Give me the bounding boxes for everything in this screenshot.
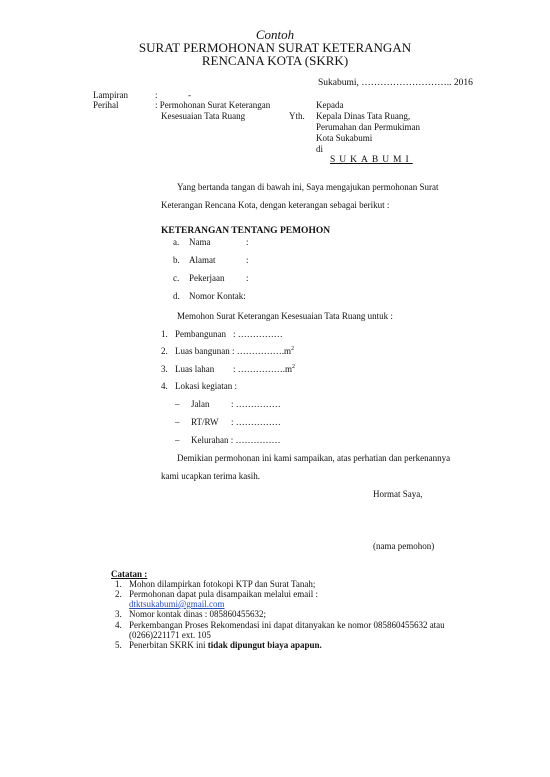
yth-label: Yth. — [289, 111, 305, 122]
note-emphasis: tidak dipungut biaya apapun. — [208, 640, 322, 650]
note-text: Perkembangan Proses Rekomendasi ini dapa… — [129, 620, 445, 630]
signer-name: (nama pemohon) — [373, 541, 434, 551]
note-key: 1. — [115, 579, 129, 589]
note-item: 5.Penerbitan SKRK ini tidak dipungut bia… — [115, 640, 322, 650]
applicant-field-pekerjaan: c.Pekerjaan: — [173, 273, 249, 283]
location-rt-rw: –RT/RW: …………… — [175, 417, 281, 427]
note-key: 5. — [115, 640, 129, 650]
dash-bullet: – — [175, 435, 191, 445]
item-unit-exponent: 2 — [292, 364, 295, 370]
field-key: d. — [173, 291, 189, 301]
request-intro: Memohon Surat Keterangan Kesesuaian Tata… — [177, 311, 393, 321]
perihal-label: Perihal — [93, 100, 119, 111]
item-value: : …………….m — [232, 346, 291, 356]
note-key: 3. — [115, 609, 129, 619]
closing-line-1: Demikian permohonan ini kami sampaikan, … — [177, 453, 450, 463]
notes-heading: Catatan : — [111, 569, 147, 579]
note-item: 4.Perkembangan Proses Rekomendasi ini da… — [115, 620, 445, 630]
field-key: a. — [173, 237, 189, 247]
item-label: Luas bangunan — [175, 346, 230, 356]
field-key: c. — [173, 273, 189, 283]
intro-line-1: Yang bertanda tangan di bawah ini, Saya … — [177, 182, 439, 192]
field-label: Pekerjaan — [189, 273, 246, 283]
note-text: Mohon dilampirkan fotokopi KTP dan Surat… — [129, 579, 315, 589]
note-key: 4. — [115, 620, 129, 630]
document-title-line-2: RENCANA KOTA (SKRK) — [0, 53, 550, 69]
location-label: Jalan — [191, 399, 231, 409]
applicant-field-alamat: b.Alamat: — [173, 255, 249, 265]
location-jalan: –Jalan: …………… — [175, 399, 281, 409]
dash-bullet: – — [175, 399, 191, 409]
item-key: 4. — [161, 381, 175, 391]
field-separator: : — [243, 291, 246, 301]
location-value: : …………… — [231, 399, 281, 409]
item-unit-exponent: 2 — [291, 346, 294, 352]
applicant-heading: KETERANGAN TENTANG PEMOHON — [161, 226, 330, 236]
note-text: Nomor kontak dinas : 085860455632; — [129, 609, 266, 619]
recipient-line: Perumahan dan Permukiman — [316, 122, 420, 133]
item-label: Luas lahan — [175, 364, 233, 374]
recipient-line: Kota Sukabumi — [316, 133, 372, 144]
note-text: Permohonan dapat pula disampaikan melalu… — [129, 589, 318, 599]
item-label: Pembangunan — [175, 329, 233, 339]
location-label: RT/RW — [191, 417, 231, 427]
intro-line-2: Keterangan Rencana Kota, dengan keterang… — [161, 200, 389, 210]
item-key: 1. — [161, 329, 175, 339]
field-label: Nama — [189, 237, 246, 247]
field-label: Nomor Kontak — [189, 291, 243, 301]
closing-line-2: kami ucapkan terima kasih. — [161, 471, 260, 481]
location-value: : …………… — [231, 417, 281, 427]
location-kelurahan: –Kelurahan : …………… — [175, 435, 281, 445]
date-line: Sukabumi, ……………………….. 2016 — [318, 78, 473, 88]
perihal-value-line-1: : Permohonan Surat Keterangan — [155, 100, 270, 111]
note-key: 2. — [115, 589, 129, 599]
item-key: 3. — [161, 364, 175, 374]
note-item: 3.Nomor kontak dinas : 085860455632; — [115, 609, 266, 619]
field-separator: : — [246, 237, 249, 247]
request-item-luas-bangunan: 2.Luas bangunan : …………….m2 — [161, 346, 294, 356]
recipient-city: SUKABUMI — [330, 155, 413, 165]
field-label: Alamat — [189, 255, 246, 265]
field-separator: : — [246, 273, 249, 283]
item-value: : …………….m — [233, 364, 292, 374]
location-label: Kelurahan — [191, 435, 228, 445]
item-value: : …………… — [233, 329, 283, 339]
recipient-line: di — [316, 144, 323, 155]
note-continuation: (0266)221171 ext. 105 — [129, 630, 211, 640]
request-item-pembangunan: 1.Pembangunan: …………… — [161, 329, 283, 339]
request-item-luas-lahan: 3.Luas lahan: …………….m2 — [161, 364, 295, 374]
applicant-field-nama: a.Nama: — [173, 237, 249, 247]
email-link[interactable]: dtktsukabumi@gmail.com — [129, 599, 225, 609]
applicant-field-nomor-kontak: d.Nomor Kontak: — [173, 291, 246, 301]
dash-bullet: – — [175, 417, 191, 427]
field-key: b. — [173, 255, 189, 265]
note-item: 1.Mohon dilampirkan fotokopi KTP dan Sur… — [115, 579, 315, 589]
note-text: Penerbitan SKRK ini — [129, 640, 208, 650]
closing-salutation: Hormat Saya, — [373, 489, 423, 499]
perihal-value-line-2: Kesesuaian Tata Ruang — [161, 111, 245, 122]
item-label: Lokasi kegiatan : — [175, 381, 237, 391]
recipient-line: Kepala Dinas Tata Ruang, — [316, 111, 410, 122]
request-item-lokasi: 4.Lokasi kegiatan : — [161, 381, 237, 391]
field-separator: : — [246, 255, 249, 265]
location-value: : …………… — [231, 435, 281, 445]
item-key: 2. — [161, 346, 175, 356]
recipient-line: Kepada — [316, 100, 343, 111]
note-item: 2.Permohonan dapat pula disampaikan mela… — [115, 589, 318, 599]
